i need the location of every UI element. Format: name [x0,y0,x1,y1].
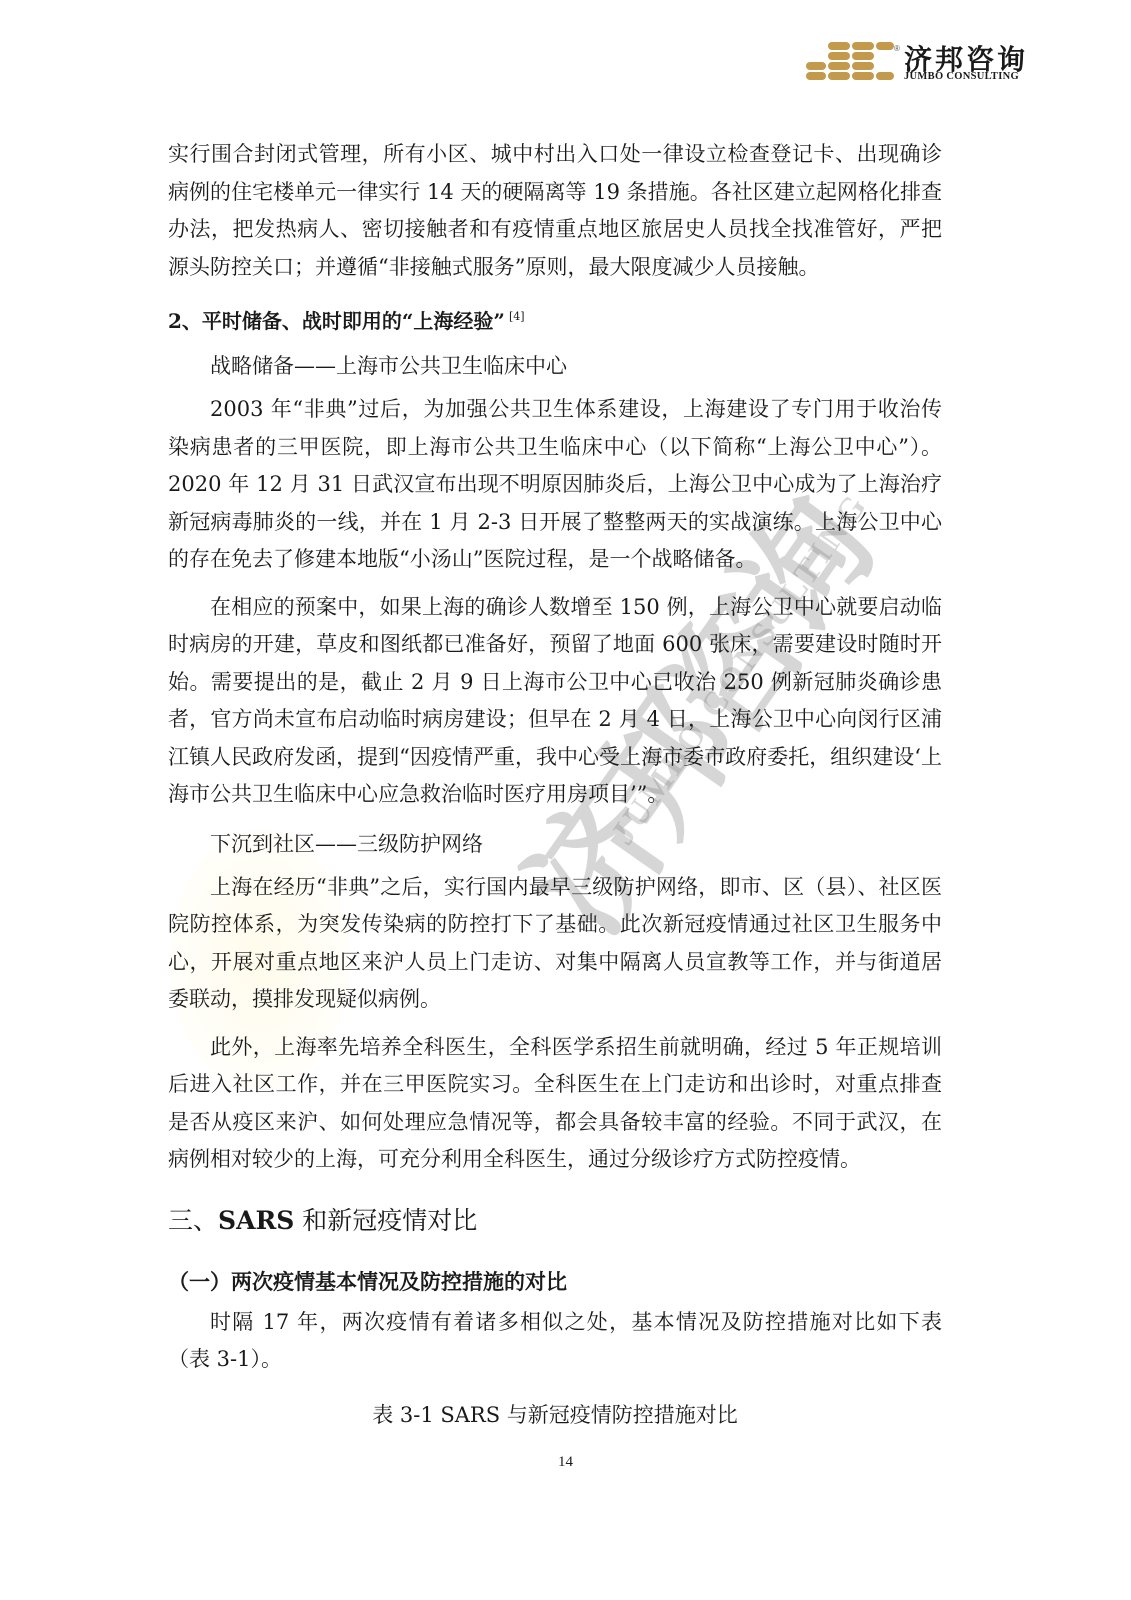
heading-text: 2、平时储备、战时即用的“上海经验” [168,309,505,333]
company-logo: ® 济邦咨询 JUMBO CONSULTING [806,42,1066,86]
paragraph-network: 上海在经历“非典”之后，实行国内最早三级防护网络，即市、区（县）、社区医院防控体… [168,869,942,1019]
registered-mark: ® [894,44,900,53]
section-heading-3: 三、SARS 和新冠疫情对比 [168,1179,942,1255]
subheading-strategic-reserve: 战略储备——上海市公共卫生临床中心 [168,344,942,391]
subheading-community: 下沉到社区——三级防护网络 [168,822,942,869]
paragraph-plan: 在相应的预案中，如果上海的确诊人数增至 150 例，上海公卫中心就要启动临时病房… [168,589,942,814]
reference-link[interactable]: [4] [509,310,525,323]
document-body: 实行围合封闭式管理，所有小区、城中村出入口处一律设立检查登记卡、出现确诊病例的住… [168,136,942,1434]
logo-text-english: JUMBO CONSULTING [904,71,1019,82]
paragraph-gp: 此外，上海率先培养全科医生，全科医学系招生前就明确，经过 5 年正规培训后进入社… [168,1029,942,1179]
section-rest: 和新冠疫情对比 [294,1206,477,1235]
paragraph-2003: 2003 年“非典”过后，为加强公共卫生体系建设，上海建设了专门用于收治传染病患… [168,391,942,579]
table-caption: 表 3-1 SARS 与新冠疫情防控措施对比 [168,1379,942,1434]
section-sars: SARS [218,1206,294,1235]
subsection-heading-1: （一）两次疫情基本情况及防控措施的对比 [168,1255,942,1304]
paragraph-compare: 时隔 17 年，两次疫情有着诸多相似之处，基本情况及防控措施对比如下表（表 3-… [168,1304,942,1379]
heading-shanghai-experience: 2、平时储备、战时即用的“上海经验”[4] [168,296,942,340]
logo-bricks-icon [806,42,896,82]
paragraph-intro: 实行围合封闭式管理，所有小区、城中村出入口处一律设立检查登记卡、出现确诊病例的住… [168,136,942,286]
page-number: 14 [0,1454,1131,1471]
section-prefix: 三、 [168,1206,218,1235]
